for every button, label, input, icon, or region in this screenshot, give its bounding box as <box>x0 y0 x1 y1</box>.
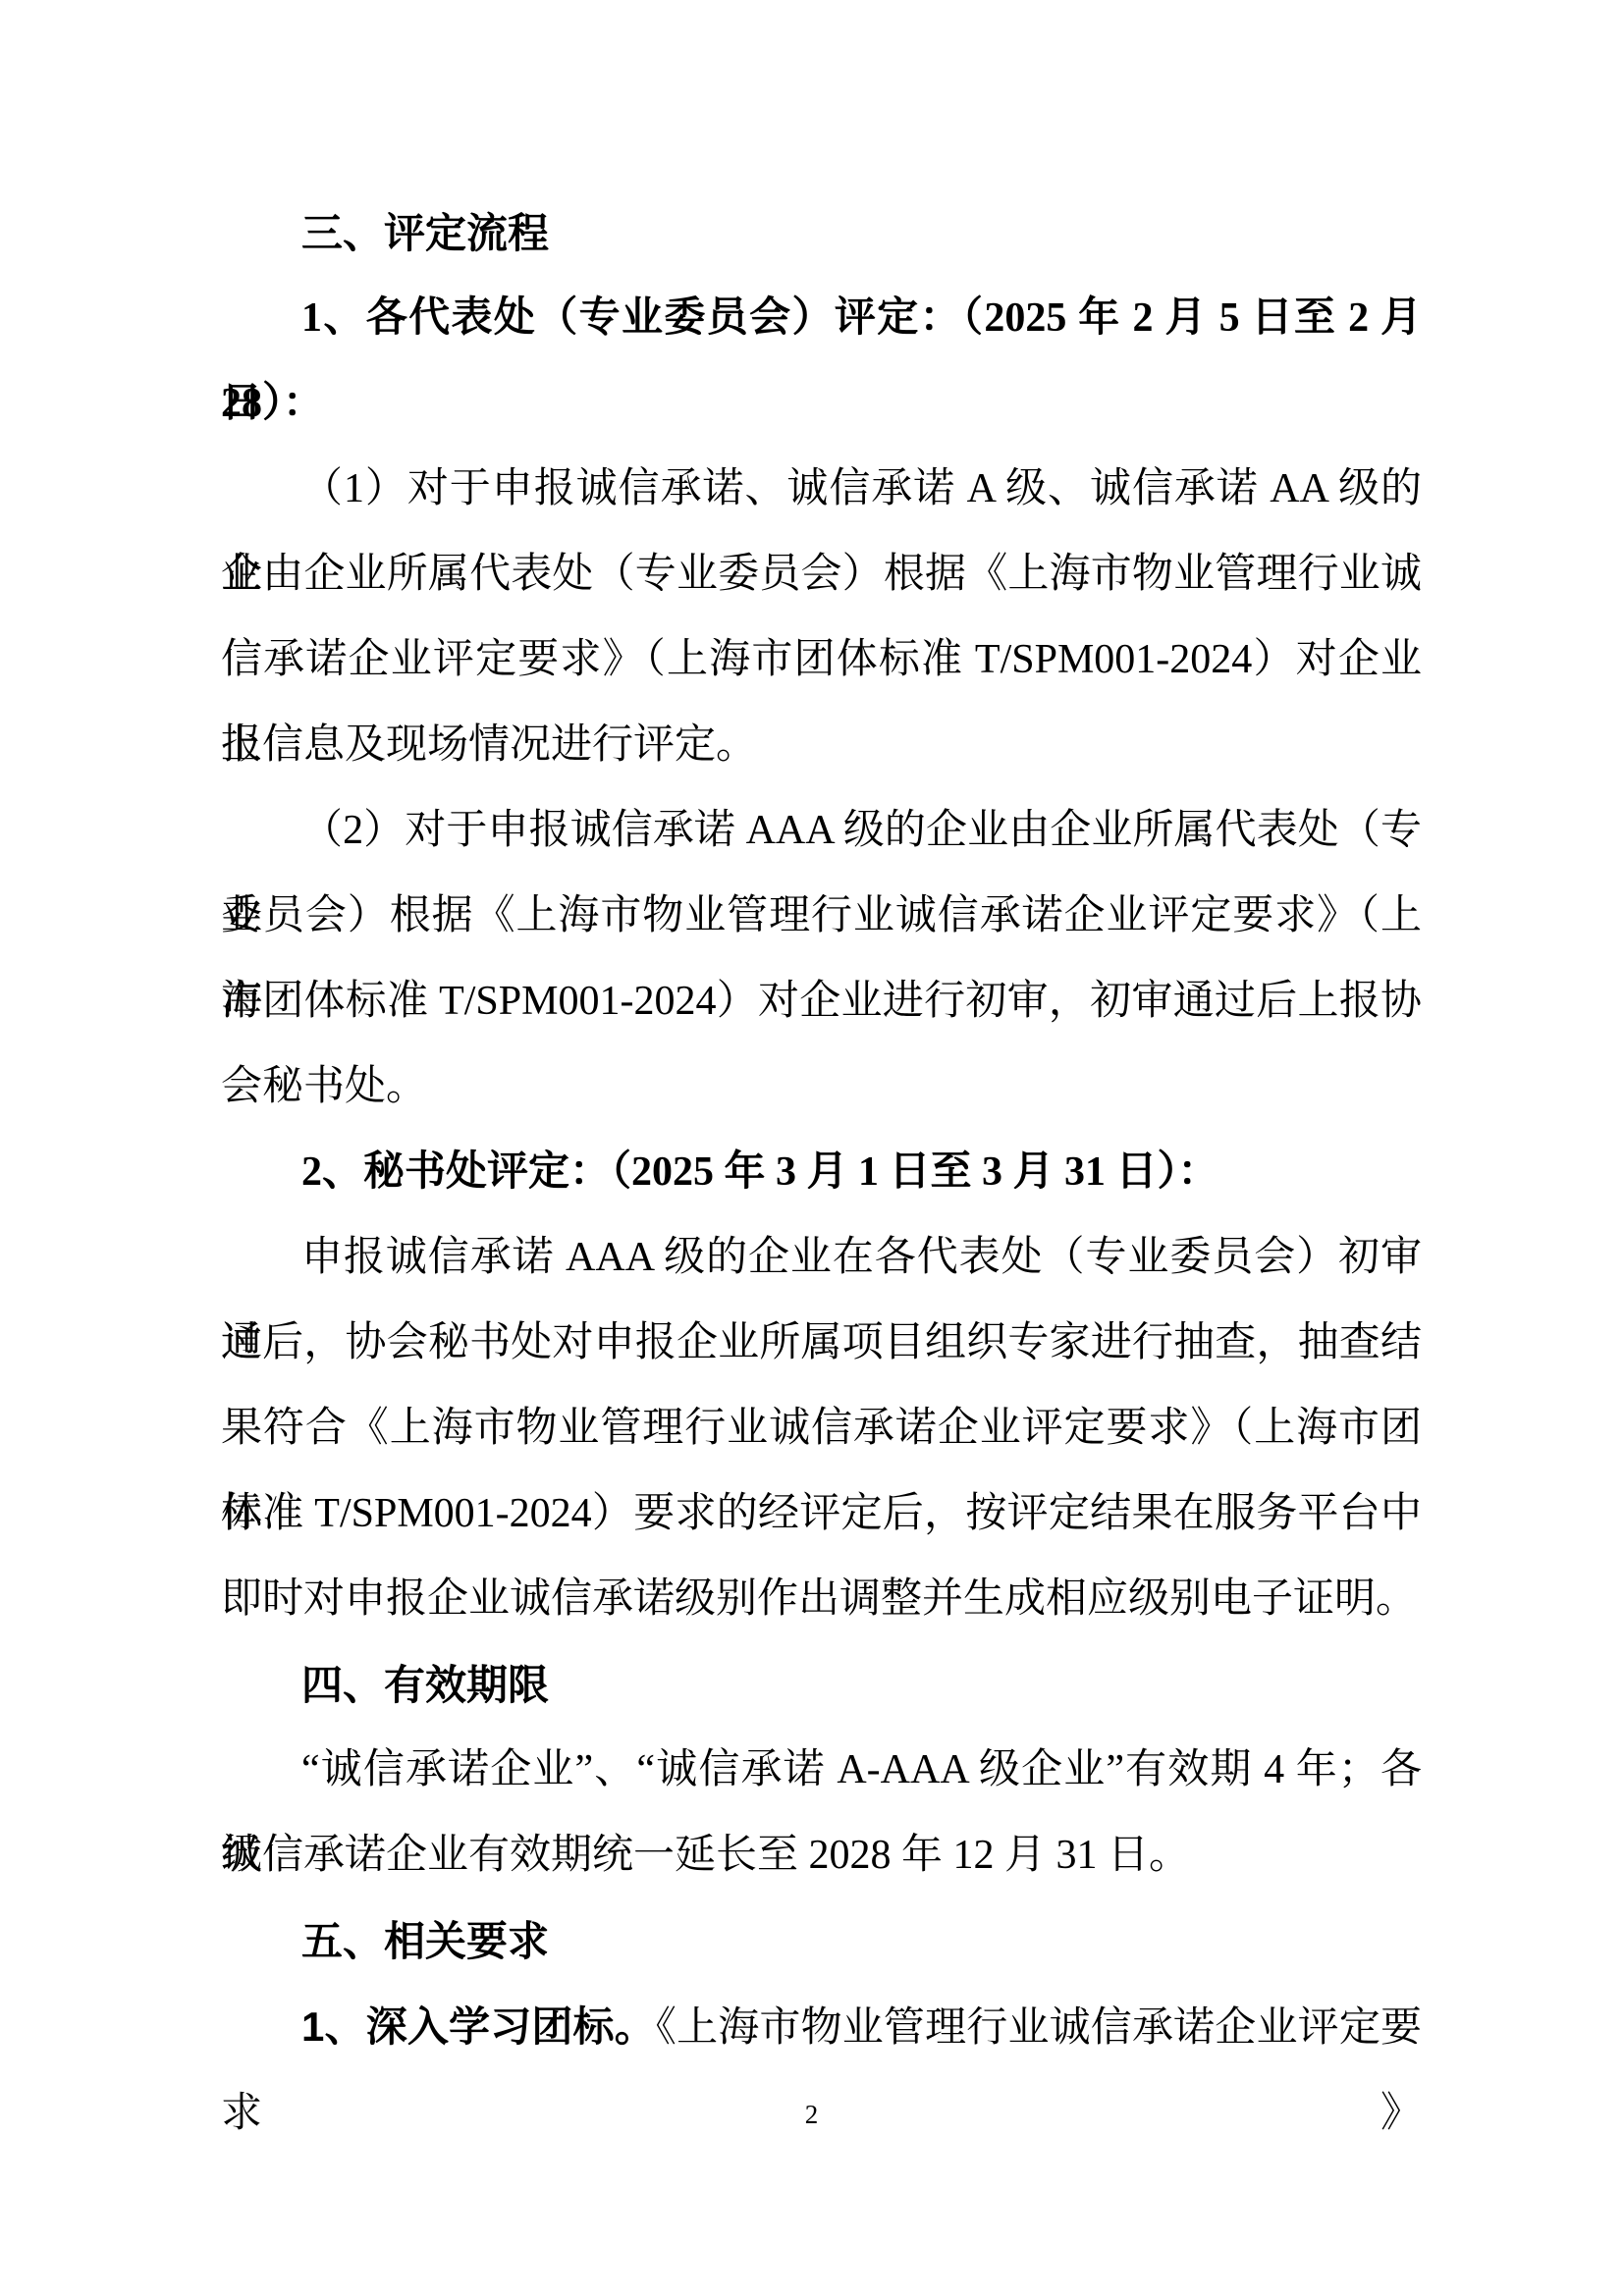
text-run: 五、相关要求 <box>301 1918 549 1964</box>
text-run: 三、评定流程 <box>301 210 549 256</box>
text-line: 四、有效期限 <box>221 1642 1422 1728</box>
text-run: 四、有效期限 <box>301 1662 549 1708</box>
document-page: 三、评定流程1、各代表处（专业委员会）评定：（2025 年 2 月 5 日至 2… <box>0 0 1623 2296</box>
text-line: 标准 T/SPM001-2024）要求的经评定后，按评定结果在服务平台中 <box>221 1471 1422 1557</box>
text-line: 市团体标准 T/SPM001-2024）对企业进行初审，初审通过后上报协 <box>221 959 1422 1044</box>
text-line: 信承诺企业评定要求》（上海市团体标准 T/SPM001-2024）对企业上 <box>221 617 1422 703</box>
text-line: 过后，协会秘书处对申报企业所属项目组织专家进行抽查，抽查结 <box>221 1301 1422 1386</box>
text-line: 五、相关要求 <box>221 1898 1422 1984</box>
text-run: 业由企业所属代表处（专业委员会）根据《上海市物业管理行业诚 <box>221 552 1422 597</box>
text-line: 委员会）根据《上海市物业管理行业诚信承诺企业评定要求》（上海 <box>221 874 1422 959</box>
text-line: 1、各代表处（专业委员会）评定：（2025 年 2 月 5 日至 2 月 28 <box>221 276 1422 361</box>
page-number: 2 <box>0 2093 1623 2136</box>
text-line: 会秘书处。 <box>221 1044 1422 1130</box>
text-run: 市团体标准 T/SPM001-2024）对企业进行初审，初审通过后上报协 <box>221 979 1422 1024</box>
text-run: 过后，协会秘书处对申报企业所属项目组织专家进行抽查，抽查结 <box>221 1320 1422 1365</box>
text-run: 2、秘书处评定：（2025 年 3 月 1 日至 3 月 31 日）： <box>301 1149 1219 1195</box>
text-line: 果符合《上海市物业管理行业诚信承诺企业评定要求》（上海市团体 <box>221 1386 1422 1471</box>
text-run: 会秘书处。 <box>221 1064 427 1109</box>
document-content: 三、评定流程1、各代表处（专业委员会）评定：（2025 年 2 月 5 日至 2… <box>221 190 1422 2069</box>
text-line: “诚信承诺企业”、“诚信承诺 A-AAA 级企业”有效期 4 年；各级 <box>221 1728 1422 1813</box>
text-line: 1、深入学习团标。《上海市物业管理行业诚信承诺企业评定要求》 <box>221 1984 1422 2069</box>
text-line: 报信息及现场情况进行评定。 <box>221 703 1422 788</box>
text-line: （2）对于申报诚信承诺 AAA 级的企业由企业所属代表处（专业 <box>221 788 1422 874</box>
text-line: 诚信承诺企业有效期统一延长至 2028 年 12 月 31 日。 <box>221 1813 1422 1898</box>
text-run: 即时对申报企业诚信承诺级别作出调整并生成相应级别电子证明。 <box>221 1576 1417 1622</box>
text-line: （1）对于申报诚信承诺、诚信承诺 A 级、诚信承诺 AA 级的企 <box>221 447 1422 532</box>
text-run: 诚信承诺企业有效期统一延长至 2028 年 12 月 31 日。 <box>221 1833 1190 1878</box>
text-line: 2、秘书处评定：（2025 年 3 月 1 日至 3 月 31 日）： <box>221 1130 1422 1215</box>
text-line: 日）： <box>221 361 1422 447</box>
text-line: 申报诚信承诺 AAA 级的企业在各代表处（专业委员会）初审通 <box>221 1215 1422 1301</box>
text-line: 三、评定流程 <box>221 190 1422 276</box>
text-run: 标准 T/SPM001-2024）要求的经评定后，按评定结果在服务平台中 <box>221 1491 1422 1536</box>
text-run: 报信息及现场情况进行评定。 <box>221 722 757 768</box>
text-line: 即时对申报企业诚信承诺级别作出调整并生成相应级别电子证明。 <box>221 1557 1422 1642</box>
text-line: 业由企业所属代表处（专业委员会）根据《上海市物业管理行业诚 <box>221 532 1422 617</box>
text-run: 日）： <box>221 381 324 426</box>
text-run: 1、深入学习团标。 <box>301 2003 656 2050</box>
